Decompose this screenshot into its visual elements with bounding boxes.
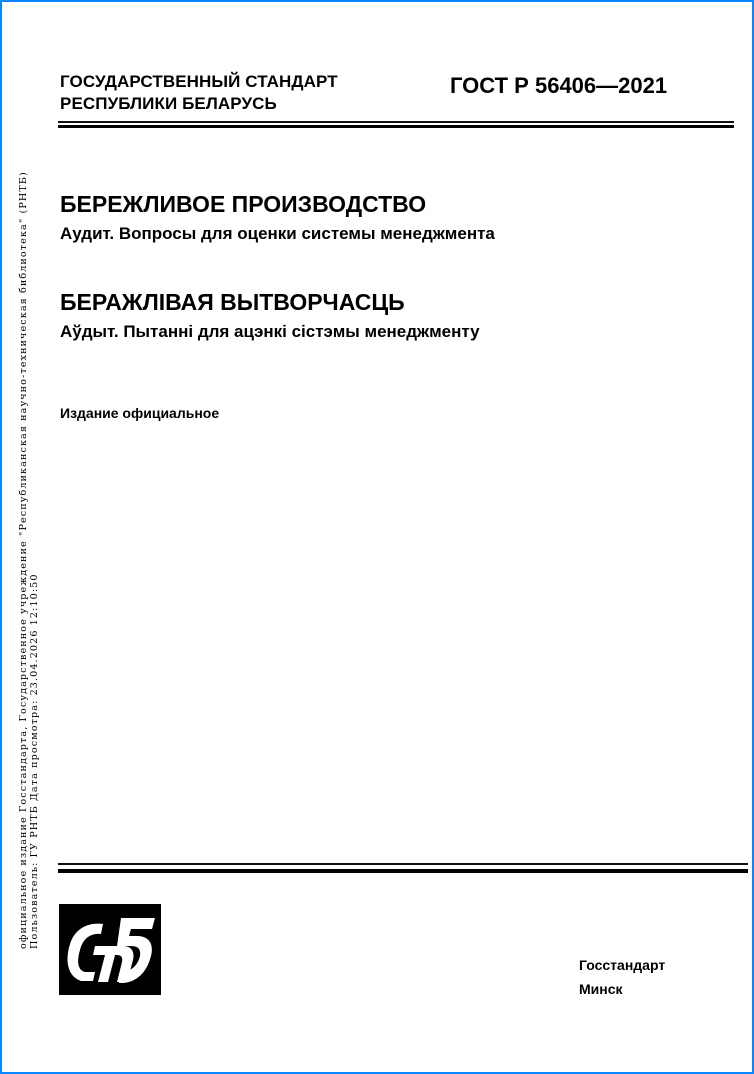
watermark-line-2: Пользователь: ГУ РНТБ Дата просмотра: 23… bbox=[29, 171, 40, 949]
by-subtitle: Аўдыт. Пытанні для ацэнкі сістэмы менедж… bbox=[60, 321, 480, 343]
standard-type-line-1: ГОСУДАРСТВЕННЫЙ СТАНДАРТ bbox=[60, 71, 338, 93]
publisher-block: Госстандарт Минск bbox=[579, 953, 665, 1001]
publisher-name: Госстандарт bbox=[579, 953, 665, 977]
top-rule-thick bbox=[58, 125, 734, 128]
ru-subtitle: Аудит. Вопросы для оценки системы менедж… bbox=[60, 223, 495, 245]
standard-designation: ГОСТ Р 56406—2021 bbox=[450, 72, 667, 100]
edition-label: Издание официальное bbox=[60, 404, 219, 422]
bottom-rule-thin bbox=[58, 863, 748, 865]
publisher-city: Минск bbox=[579, 977, 665, 1001]
bottom-rule-thick bbox=[58, 869, 748, 873]
stb-logo-glyph-icon bbox=[59, 904, 161, 995]
by-title: БЕРАЖЛІВАЯ ВЫТВОРЧАСЦЬ bbox=[60, 288, 405, 316]
watermark-line-1: официальное издание Госстандарта, Госуда… bbox=[18, 171, 29, 949]
ru-title: БЕРЕЖЛИВОЕ ПРОИЗВОДСТВО bbox=[60, 190, 426, 218]
watermark-vertical-text: официальное издание Госстандарта, Госуда… bbox=[18, 171, 40, 949]
document-page: официальное издание Госстандарта, Госуда… bbox=[0, 0, 754, 1074]
standard-type-heading: ГОСУДАРСТВЕННЫЙ СТАНДАРТ РЕСПУБЛИКИ БЕЛА… bbox=[60, 71, 338, 115]
standard-type-line-2: РЕСПУБЛИКИ БЕЛАРУСЬ bbox=[60, 93, 338, 115]
top-rule-thin bbox=[58, 121, 734, 123]
gosstandart-logo-icon bbox=[59, 904, 161, 995]
